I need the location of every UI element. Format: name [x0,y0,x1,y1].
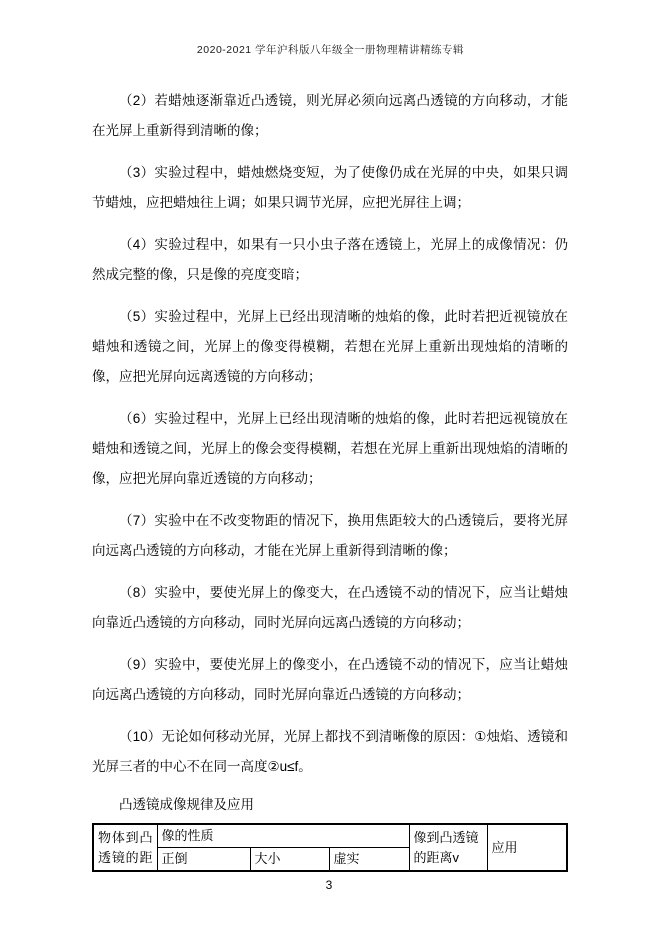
imaging-rules-table: 物体到凸透镜的距 像的性质 像到凸透镜的距离v 应用 正倒 大小 虚实 [92,823,568,872]
paragraph-8: （8）实验中，要使光屏上的像变大，在凸透镜不动的情况下，应当让蜡烛向靠近凸透镜的… [92,578,568,638]
page-header: 2020-2021 学年沪科版八年级全一册物理精讲精练专辑 [0,42,661,57]
table-cell-real-virtual: 虚实 [329,848,409,872]
document-body: （2）若蜡烛逐渐靠近凸透镜，则光屏必须向远离凸透镜的方向移动，才能在光屏上重新得… [92,86,568,892]
paragraph-6: （6）实验过程中，光屏上已经出现清晰的烛焰的像，此时若把远视镜放在蜡烛和透镜之间… [92,404,568,494]
paragraph-9: （9）实验中，要使光屏上的像变小，在凸透镜不动的情况下，应当让蜡烛向远离凸透镜的… [92,650,568,710]
document-page: { "page": { "header": "2020-2021 学年沪科版八年… [0,0,661,935]
table-cell-upright-inverted: 正倒 [157,848,250,872]
paragraph-10: （10）无论如何移动光屏，光屏上都找不到清晰像的原因：①烛焰、透镜和光屏三者的中… [92,722,568,782]
paragraph-2: （2）若蜡烛逐渐靠近凸透镜，则光屏必须向远离凸透镜的方向移动，才能在光屏上重新得… [92,86,568,146]
paragraph-7: （7）实验中在不改变物距的情况下，换用焦距较大的凸透镜后，要将光屏向远离凸透镜的… [92,506,568,566]
table-cell-image-distance: 像到凸透镜的距离v [409,824,487,871]
paragraph-5: （5）实验过程中，光屏上已经出现清晰的烛焰的像，此时若把近视镜放在蜡烛和透镜之间… [92,302,568,392]
section-title: 凸透镜成像规律及应用 [92,794,568,816]
table-cell-size: 大小 [250,848,329,872]
table-cell-object-distance: 物体到凸透镜的距 [93,824,157,871]
table-cell-application: 应用 [487,824,567,871]
paragraph-4: （4）实验过程中，如果有一只小虫子落在透镜上，光屏上的成像情况：仍然成完整的像，… [92,230,568,290]
page-number: 3 [92,878,566,892]
paragraph-3: （3）实验过程中，蜡烛燃烧变短，为了使像仍成在光屏的中央，如果只调节蜡烛，应把蜡… [92,158,568,218]
table-cell-image-properties: 像的性质 [157,824,409,848]
